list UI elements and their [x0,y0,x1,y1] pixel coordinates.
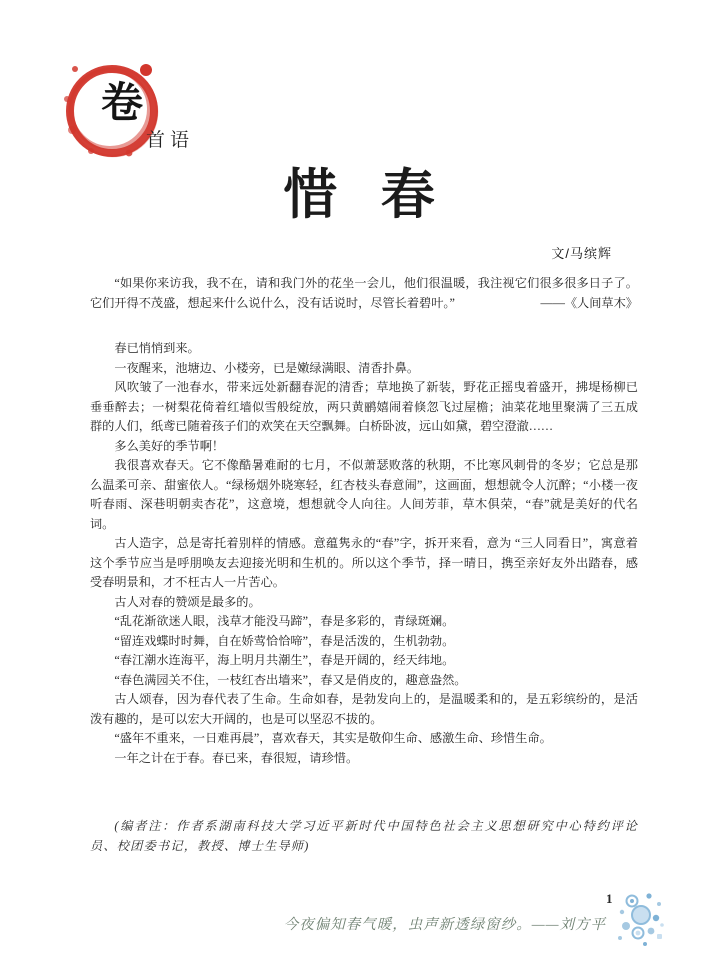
footer-poem-quote: 今夜偏知春气暖，虫声新透绿窗纱。——刘方平 [284,913,606,934]
body-paragraph: 古人颂春，因为春代表了生命。生命如春，是勃发向上的，是温暖柔和的，是五彩缤纷的，… [90,690,638,729]
magazine-page: 卷 首语 惜 春 文/马缤辉 “如果你来访我，我不在，请和我门外的花坐一会儿，他… [0,0,720,977]
floral-bubbles-ornament-icon [614,888,672,950]
body-paragraph: “留连戏蝶时时舞，自在娇莺恰恰啼”，春是活泼的，生机勃勃。 [90,632,638,652]
seal-character: 卷 [94,83,150,125]
section-seal: 卷 首语 [58,54,198,169]
intro-quote: “如果你来访我，我不在，请和我门外的花坐一会儿，他们很温暖，我注视它们很多很多日… [90,274,638,313]
body-paragraph: 古人造字，总是寄托着别样的情感。意蕴隽永的“春”字，拆开来看，意为 “三人同看日… [90,534,638,593]
body-paragraph: 一年之计在于春。春已来，春很短，请珍惜。 [90,749,638,769]
editor-note: (编者注：作者系湖南科技大学习近平新时代中国特色社会主义思想研究中心特约评论员、… [90,816,638,856]
body-paragraph: 我很喜欢春天。它不像酷暑难耐的七月，不似萧瑟败落的秋期，不比寒风刺骨的冬岁；它总… [90,456,638,534]
byline: 文/马缤辉 [551,243,612,262]
section-label: 首语 [146,125,194,152]
paragraph-list: 春已悄悄到来。一夜醒来，池塘边、小楼旁，已是嫩绿满眼、清香扑鼻。风吹皱了一池春水… [90,339,638,768]
body-paragraph: 古人对春的赞颂是最多的。 [90,593,638,613]
body-paragraph: 春已悄悄到来。 [90,339,638,359]
page-title: 惜 春 [0,166,720,225]
body-paragraph: 风吹皱了一池春水，带来远处新翻春泥的清香；草地换了新装，野花正摇曳着盛开，拂堤杨… [90,378,638,437]
article-body: “如果你来访我，我不在，请和我门外的花坐一会儿，他们很温暖，我注视它们很多很多日… [90,274,638,856]
body-paragraph: “盛年不重来，一日难再晨”，喜欢春天，其实是敬仰生命、感激生命、珍惜生命。 [90,729,638,749]
page-number: 1 [606,891,613,907]
body-paragraph: “春江潮水连海平，海上明月共潮生”，春是开阔的，经天纬地。 [90,651,638,671]
body-paragraph: 一夜醒来，池塘边、小楼旁，已是嫩绿满眼、清香扑鼻。 [90,359,638,379]
body-paragraph: “乱花渐欲迷人眼，浅草才能没马蹄”，春是多彩的，青绿斑斓。 [90,612,638,632]
body-paragraph: 多么美好的季节啊！ [90,437,638,457]
body-paragraph: “春色满园关不住，一枝红杏出墙来”，春又是俏皮的，趣意盎然。 [90,671,638,691]
